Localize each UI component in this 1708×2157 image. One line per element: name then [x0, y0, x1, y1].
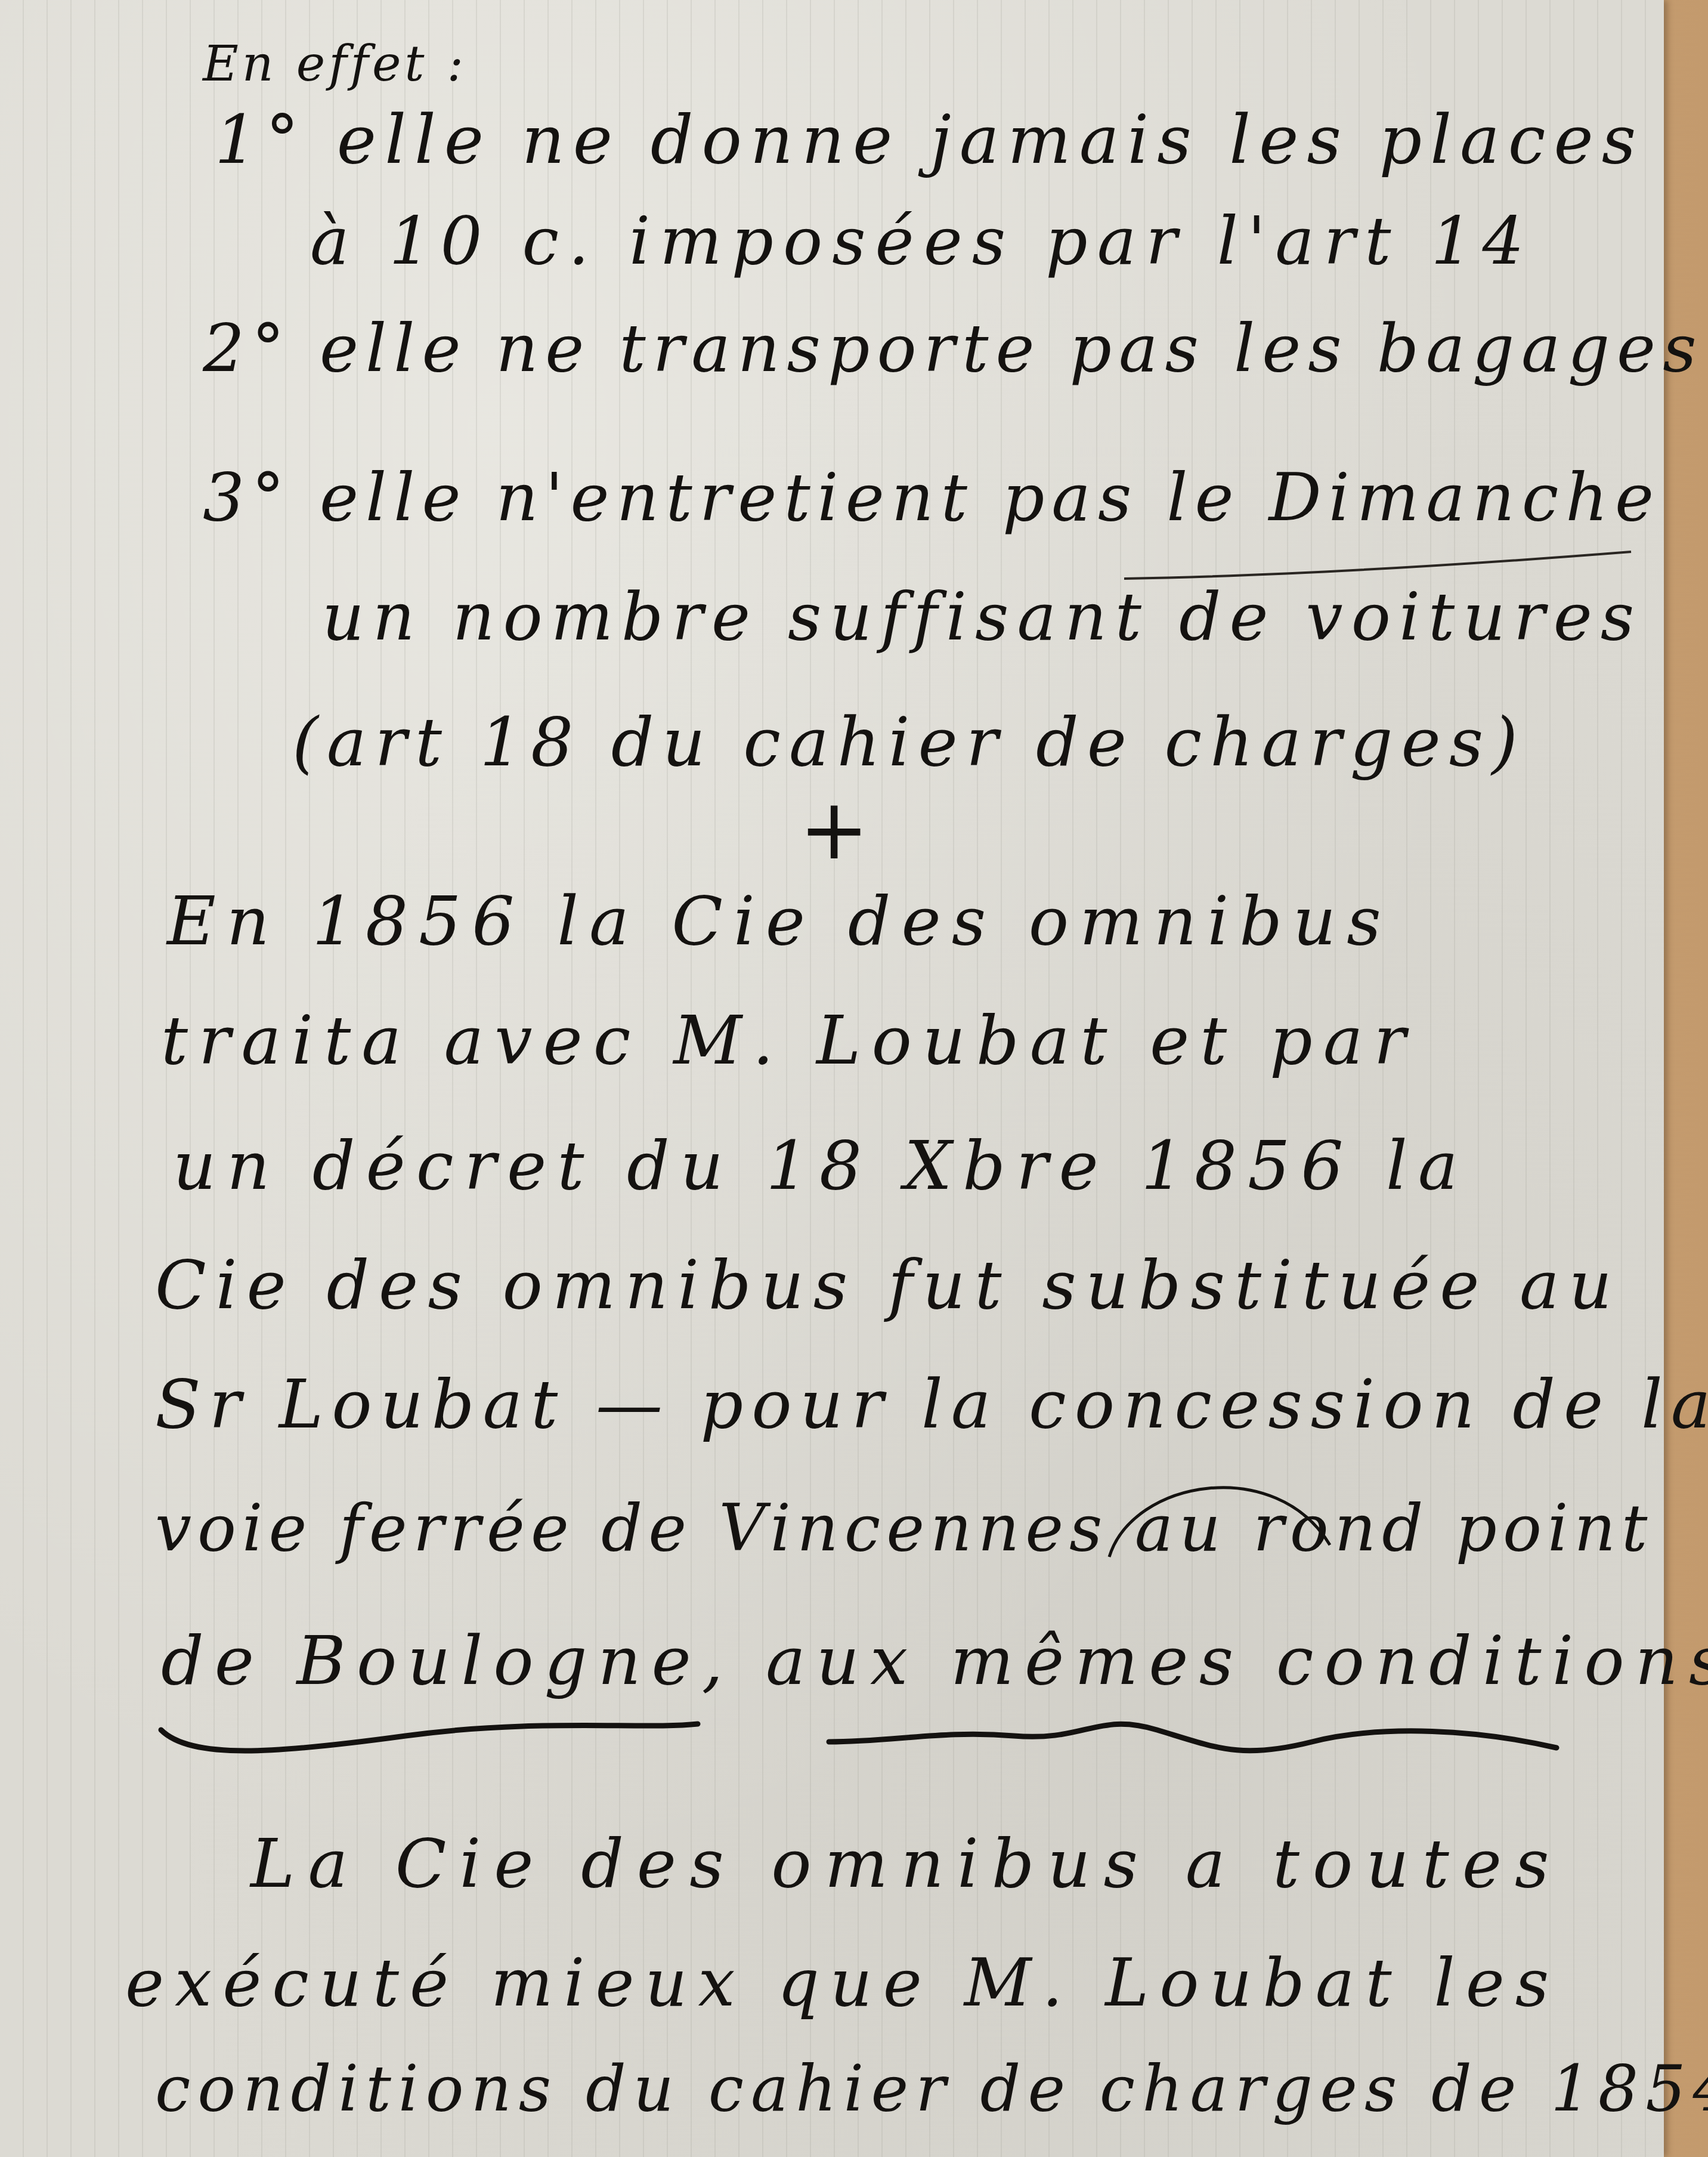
line-art18-cahier: (art 18 du cahier de charges) — [292, 704, 1526, 781]
stroke-voitures — [1121, 549, 1634, 585]
cross-mark: + — [799, 781, 869, 879]
line-decret-1856: un décret du 18 Xbre 1856 la — [173, 1127, 1469, 1205]
line-boulogne-conditions: de Boulogne, aux mêmes conditions. — [161, 1623, 1708, 1700]
line-loubat-concession: Sr Loubat — pour la concession de la — [155, 1366, 1708, 1444]
line-traita-loubat: traita avec M. Loubat et par — [161, 1002, 1416, 1080]
manuscript-page: En effet : 1° elle ne donne jamais les p… — [0, 0, 1664, 2157]
line-2-bagages: 2° elle ne transporte pas les bagages — [203, 310, 1704, 387]
line-3-dimanche: 3° elle n'entretient pas le Dimanche — [203, 459, 1661, 536]
line-nombre-voitures: un nombre suffisant de voitures — [322, 579, 1642, 655]
underline-conditions — [823, 1706, 1562, 1766]
line-cie-toutes: La Cie des omnibus a toutes — [250, 1825, 1562, 1903]
line-execute-mieux: exécuté mieux que M. Loubat les — [125, 1945, 1560, 2021]
line-en-effet: En effet : — [203, 36, 467, 92]
line-conditions-1854: conditions du cahier de charges de 1854 … — [155, 2052, 1708, 2125]
underline-boulogne — [155, 1718, 704, 1766]
arc-rond-point — [1097, 1455, 1348, 1563]
line-1-places: 1° elle ne donne jamais les places — [215, 101, 1644, 179]
line-1856-cie: En 1856 la Cie des omnibus — [167, 883, 1392, 960]
line-voie-vincennes: voie ferrée de Vincennes au rond point — [155, 1491, 1653, 1566]
line-cie-substituee: Cie des omnibus fut substituée au — [155, 1247, 1622, 1324]
line-10c-art14: à 10 c. imposées par l'art 14 — [310, 203, 1533, 279]
